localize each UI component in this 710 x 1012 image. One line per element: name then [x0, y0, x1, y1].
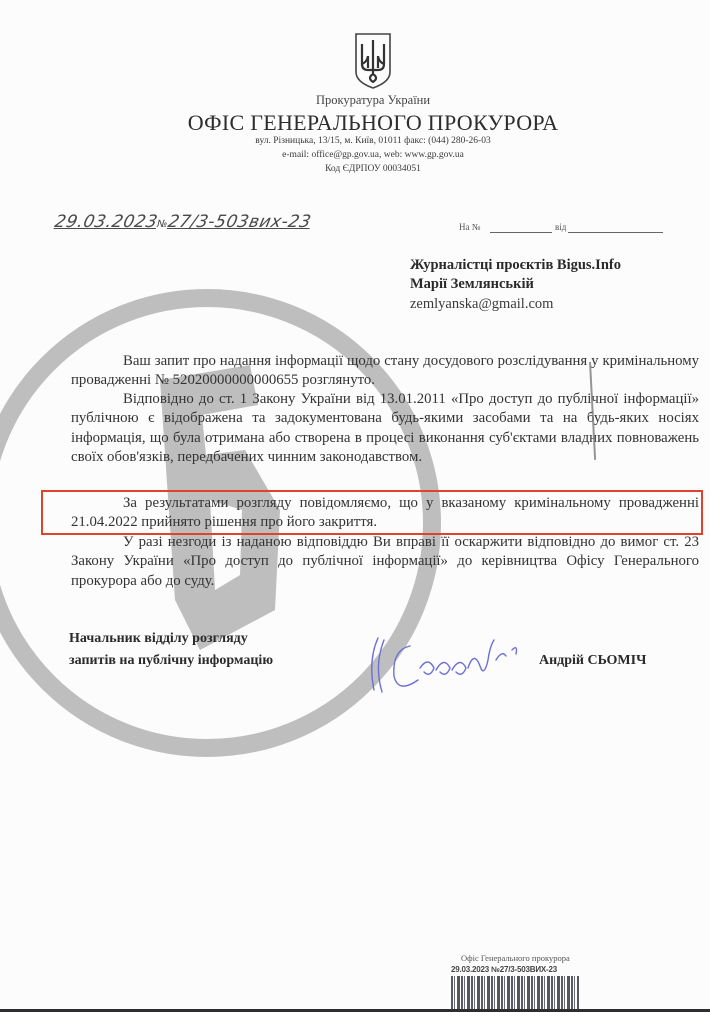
reply-from-label: від	[555, 222, 566, 232]
signer-title-line2: запитів на публічну інформацію	[69, 653, 273, 669]
registration-number: 29.03.2023№27/3-503вих-23	[53, 212, 313, 232]
reply-to-label: На №	[459, 222, 480, 232]
signer-name: Андрій СЬОМІЧ	[539, 653, 646, 669]
highlight-box	[41, 490, 703, 535]
reply-from-blank	[568, 232, 663, 233]
trident-emblem-icon	[353, 32, 393, 90]
stamp-org: Офіс Генерального прокурора	[461, 953, 570, 963]
stamp-registration: 29.03.2023 №27/3-503ВИХ-23	[451, 965, 557, 974]
body-paragraph-1: Ваш запит про надання інформації щодо ст…	[71, 352, 699, 391]
reply-to-blank	[490, 232, 552, 233]
addressee-line1: Журналістці проєктів Bigus.Info	[410, 257, 621, 274]
registration-date: 29.03.2023	[53, 212, 160, 232]
org-contacts: e-mail: office@gp.gov.ua, web: www.gp.go…	[0, 150, 710, 160]
signer-title-line1: Начальник відділу розгляду	[69, 631, 248, 647]
handwritten-signature-icon	[362, 620, 562, 700]
addressee-line2: Марії Землянській	[410, 276, 534, 293]
page-title: ОФІС ГЕНЕРАЛЬНОГО ПРОКУРОРА	[0, 110, 710, 136]
org-code: Код ЄДРПОУ 00034051	[0, 164, 710, 174]
org-name: Прокуратура України	[0, 93, 710, 108]
addressee-email: zemlyanska@gmail.com	[410, 296, 553, 313]
barcode-icon	[451, 976, 579, 1009]
body-paragraph-2: Відповідно до ст. 1 Закону України від 1…	[71, 390, 699, 467]
org-address: вул. Різницька, 13/15, м. Київ, 01011 фа…	[0, 136, 710, 146]
document-page: Прокуратура України ОФІС ГЕНЕРАЛЬНОГО ПР…	[0, 0, 710, 1009]
body-paragraph-4: У разі незгоди із наданою відповіддю Ви …	[71, 533, 699, 591]
registration-outgoing-number: 27/3-503вих-23	[166, 212, 313, 232]
